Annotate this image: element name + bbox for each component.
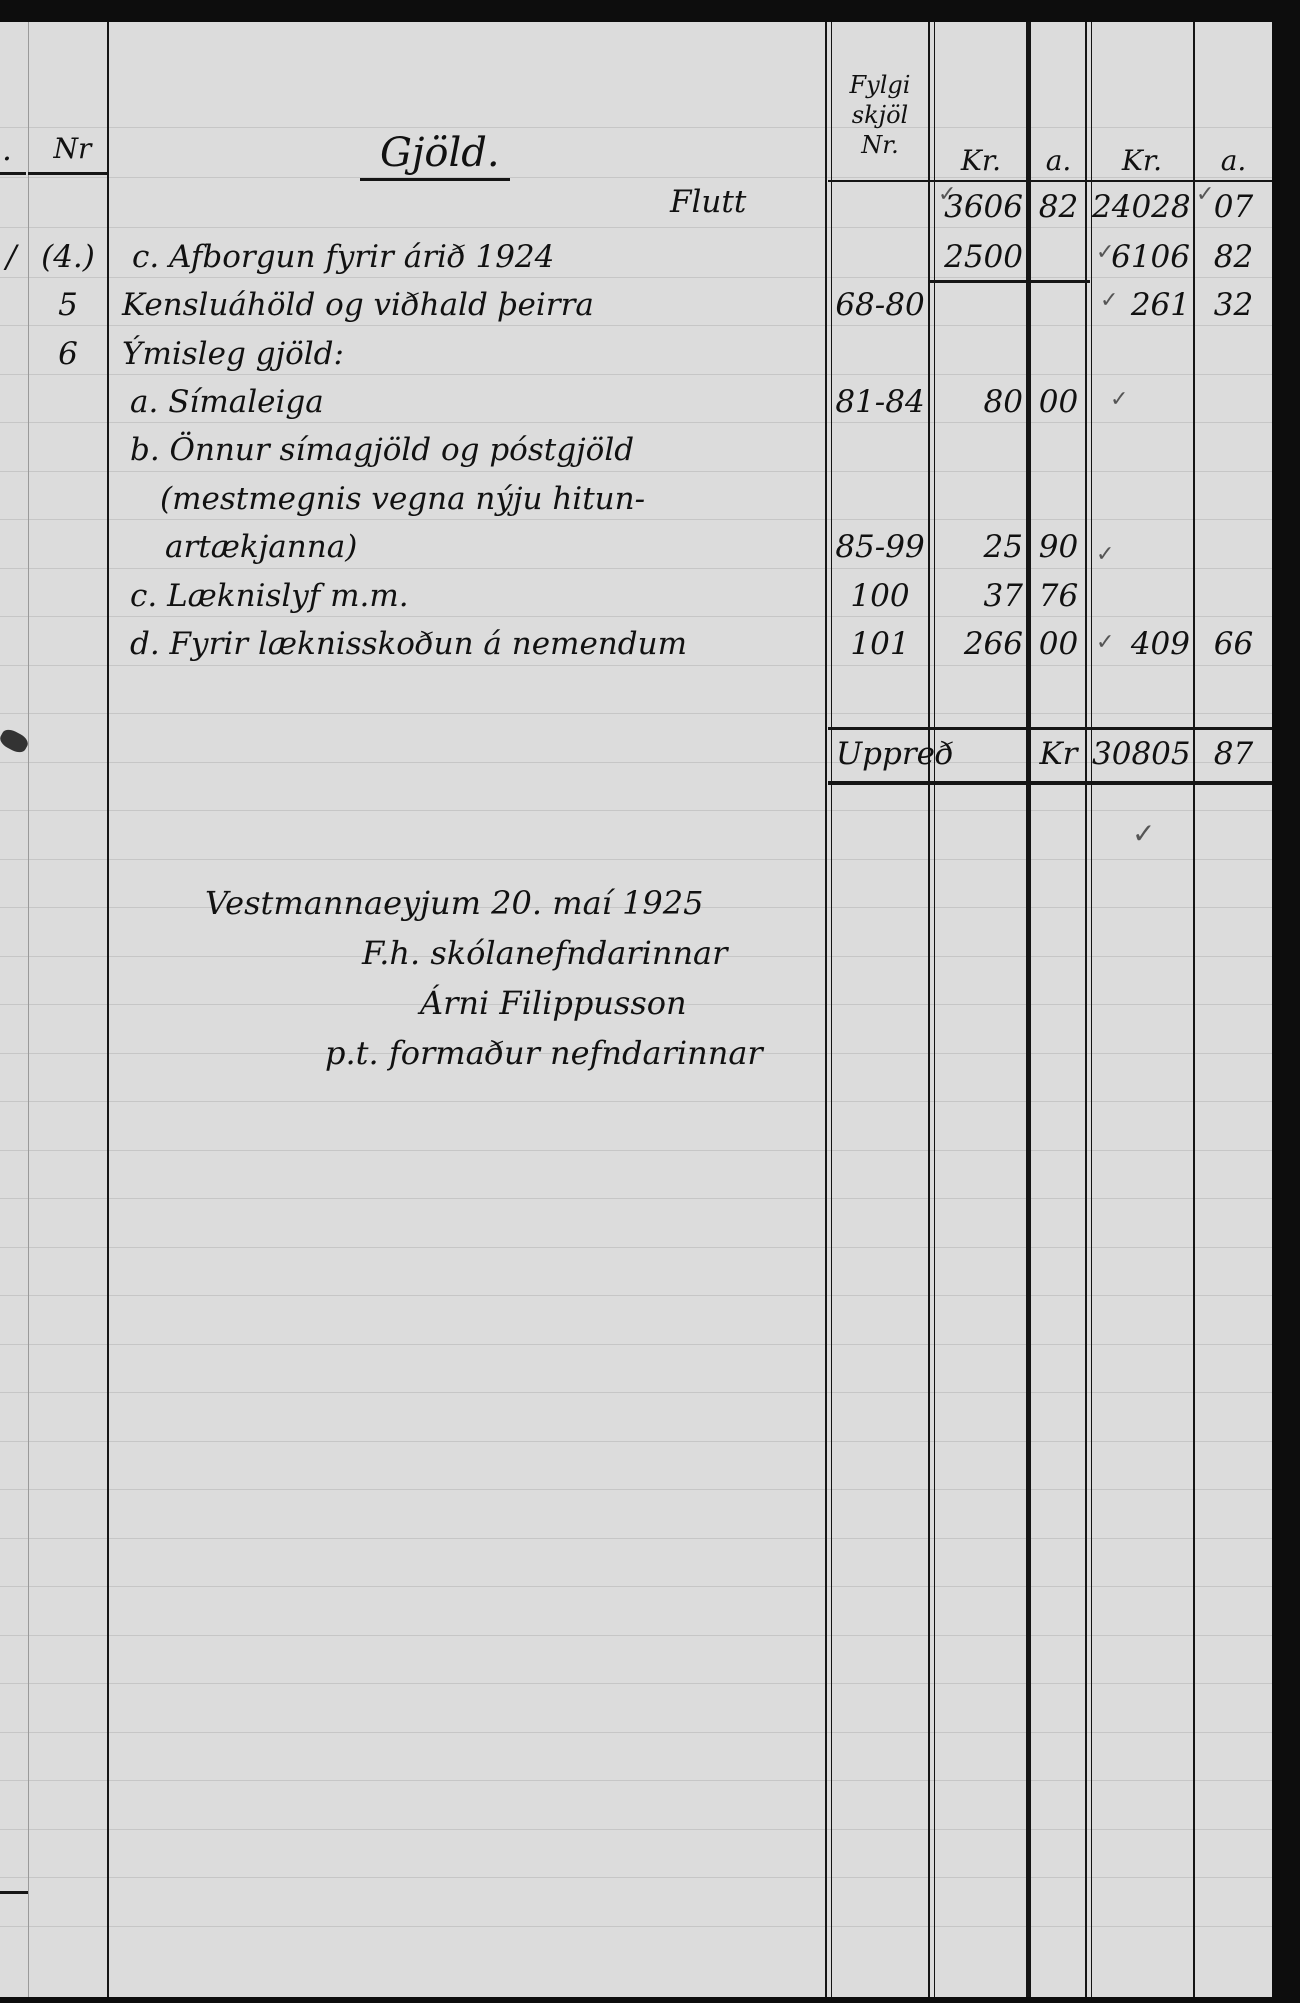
row-description: artækjanna) (165, 527, 357, 567)
row-a1: 90 (1031, 527, 1086, 567)
left-margin-mark: / (6, 237, 16, 277)
row-number: 5 (30, 285, 106, 325)
carried-kr2: 24028 (1092, 187, 1190, 227)
row-description: a. Símaleiga (130, 382, 324, 422)
row-a1: 00 (1031, 382, 1086, 422)
row-voucher: 81-84 (832, 382, 928, 422)
signatory-role: p.t. formaður nefndarinnar (325, 1034, 763, 1072)
total-bottom-rule (828, 781, 1272, 785)
total-top-rule (828, 727, 1272, 730)
row-description: d. Fyrir læknisskoðun á nemendum (130, 624, 687, 664)
ink-smudge (0, 726, 31, 755)
col-border-no (107, 22, 109, 1997)
carried-label: Flutt (670, 182, 746, 222)
voucher-header-line1: Fylgi (832, 70, 928, 100)
total-label: Uppreð (836, 734, 1026, 774)
col-border-a1-a (1085, 22, 1087, 1997)
col-border-text-left (825, 22, 827, 1997)
row-kr1: 2500 (935, 237, 1023, 277)
kr1-column-header: Kr. (935, 144, 1027, 177)
col-border-kr1 (1026, 22, 1031, 1997)
check-mark-icon: ✓ (1110, 387, 1128, 412)
voucher-column-header: Fylgi skjöl Nr. (832, 70, 928, 160)
row-description: c. Læknislyf m.m. (130, 576, 409, 616)
no-column-header: Nr (40, 132, 105, 165)
voucher-header-line3: Nr. (832, 130, 928, 160)
row-kr2: 6106 (1092, 237, 1190, 277)
row-a2: 82 (1195, 237, 1272, 277)
total-a: 87 (1195, 734, 1272, 774)
signatory-name: Árni Filippusson (420, 984, 687, 1022)
row-kr2: 409 (1092, 624, 1190, 664)
voucher-header-line2: skjöl (832, 100, 928, 130)
row-kr1: 37 (935, 576, 1023, 616)
row-voucher: 68-80 (832, 285, 928, 325)
row-kr1: 80 (935, 382, 1023, 422)
no-header-rule (28, 172, 108, 175)
kr2-column-header: Kr. (1092, 144, 1192, 177)
fold-line (28, 22, 29, 1997)
row-description: b. Önnur símagjöld og póstgjöld (130, 430, 634, 470)
row-description: c. Afborgun fyrir árið 1924 (132, 237, 554, 277)
row-voucher: 100 (832, 576, 928, 616)
row-kr2: 261 (1092, 285, 1190, 325)
left-bottom-rule (0, 1891, 28, 1894)
total-currency: Kr (1031, 734, 1086, 774)
row-kr1: 266 (935, 624, 1023, 664)
col-border-voucher-a (928, 22, 930, 1997)
row-voucher: 101 (832, 624, 928, 664)
row-description: Kensluáhöld og viðhald þeirra (122, 285, 594, 325)
carried-a1: 82 (1031, 187, 1086, 227)
subtotal-rule (930, 280, 1090, 283)
on-behalf-line: F.h. skólanefndarinnar (362, 934, 727, 972)
row-a2: 32 (1195, 285, 1272, 325)
left-col-fragment: . (2, 130, 12, 170)
row-voucher: 85-99 (832, 527, 928, 567)
row-number: 6 (30, 334, 106, 374)
left-header-rule (0, 172, 26, 175)
row-number: (4.) (30, 237, 106, 277)
carried-kr1: 3606 (935, 187, 1023, 227)
ledger-page: . Nr Gjöld. Fylgi skjöl Nr. Kr. a. Kr. a… (0, 22, 1272, 1997)
total-kr: 30805 (1092, 734, 1190, 774)
row-a1: 76 (1031, 576, 1086, 616)
a2-column-header: a. (1195, 144, 1272, 177)
place-date: Vestmannaeyjum 20. maí 1925 (205, 884, 704, 922)
row-description: (mestmegnis vegna nýju hitun- (160, 479, 645, 519)
col-border-voucher-b (934, 22, 935, 1997)
page-title: Gjöld. (360, 130, 510, 181)
row-description: Ýmisleg gjöld: (122, 334, 344, 374)
row-a1: 00 (1031, 624, 1086, 664)
row-kr1: 25 (935, 527, 1023, 567)
a1-column-header: a. (1031, 144, 1086, 177)
row-a2: 66 (1195, 624, 1272, 664)
check-mark-icon: ✓ (1132, 817, 1155, 850)
carried-a2: 07 (1195, 187, 1272, 227)
check-mark-icon: ✓ (1096, 542, 1114, 567)
